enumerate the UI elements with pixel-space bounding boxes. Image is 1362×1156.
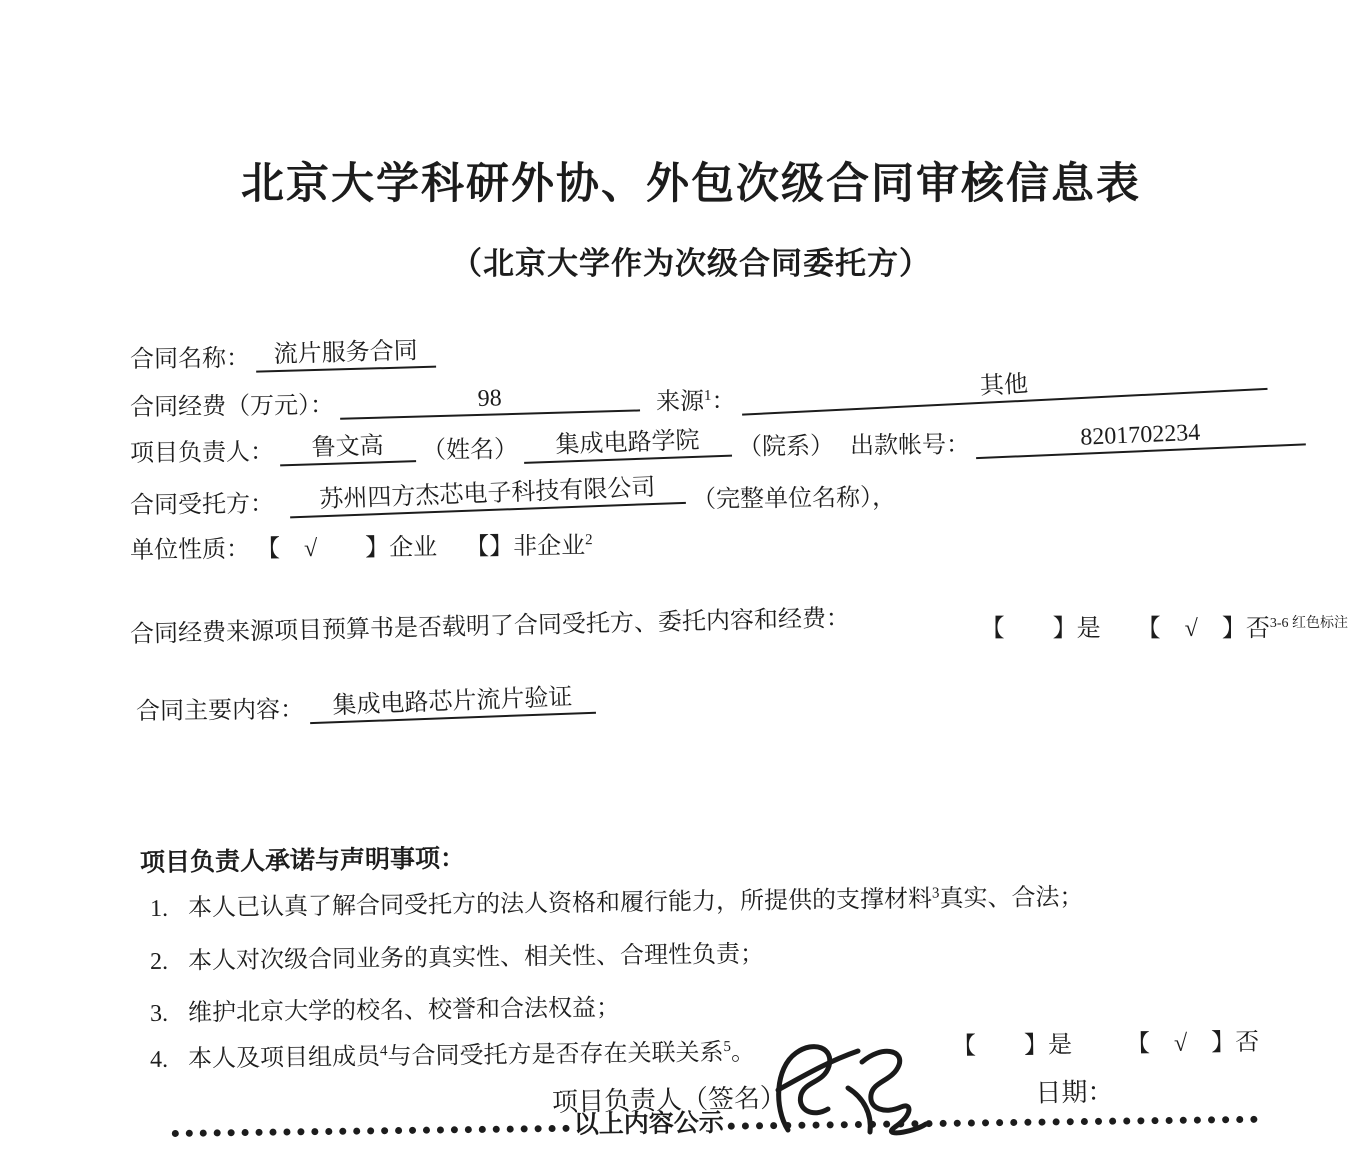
trustee-hint: （完整单位名称）， <box>692 485 896 513</box>
non-enterprise-footnote-sup: 2 <box>585 532 593 548</box>
account-label: 出款帐号： <box>850 432 970 459</box>
item-4-text-tail: 。 <box>731 1040 755 1066</box>
public-notice-divider: 以上内容公示 <box>172 1102 1258 1146</box>
trustee-value: 苏州四方杰芯电子科技有限公司 <box>289 466 686 518</box>
main-content-value: 集成电路芯片流片验证 <box>309 676 596 724</box>
funding-row: 合同经费（万元）： 98 来源1： 其他 <box>130 372 1268 422</box>
org-type-enterprise-checkbox: 【 √ 】企业 <box>256 535 437 563</box>
trustee-row: 合同受托方： 苏州四方杰芯电子科技有限公司 （完整单位名称）， <box>130 474 896 520</box>
item-3-text: 维护北京大学的校名、校誉和合法权益； <box>188 995 620 1026</box>
pi-dept-value: 集成电路学院 <box>523 419 732 464</box>
declaration-item-2: 2.本人对次级合同业务的真实性、相关性、合理性负责； <box>150 934 764 976</box>
page-subtitle: （北京大学作为次级合同委托方） <box>20 238 1362 283</box>
pi-row: 项目负责人： 鲁文高 （姓名） 集成电路学院 （院系） 出款帐号： 820170… <box>130 418 1306 468</box>
source-label: 来源1： <box>656 389 736 416</box>
related-yes-checkbox: 【 】是 <box>952 1032 1072 1060</box>
item-2-text: 本人对次级合同业务的真实性、相关性、合理性负责； <box>188 941 764 974</box>
source-footnote-sup: 1 <box>704 388 712 404</box>
org-type-row: 单位性质： 【 √ 】企业 【】非企业2 <box>130 525 593 565</box>
main-content-row: 合同主要内容： 集成电路芯片流片验证 <box>136 683 596 726</box>
contract-name-value: 流片服务合同 <box>255 330 436 373</box>
org-type-non-enterprise-checkbox: 【】非企业2 <box>465 533 593 560</box>
divider-dots-right <box>728 1116 1258 1130</box>
funding-label: 合同经费（万元）： <box>130 393 334 421</box>
funding-value: 98 <box>339 381 640 419</box>
related-no-checkbox: 【 √ 】否 <box>1126 1030 1260 1058</box>
budget-question-row: 合同经费来源项目预算书是否载明了合同受托方、委托内容和经费： 【 】是 【 √ … <box>130 614 1348 649</box>
divider-dots-left <box>172 1125 570 1137</box>
item-3-number: 3. <box>150 1001 168 1028</box>
declaration-item-4: 4.本人及项目组成员4与合同受托方是否存在关联关系5。 <box>150 1032 755 1074</box>
item-1-number: 1. <box>150 896 168 923</box>
trustee-label: 合同受托方： <box>130 491 274 519</box>
account-value: 8201702234 <box>975 415 1306 459</box>
declaration-header: 项目负责人承诺与声明事项： <box>140 838 465 879</box>
contract-name-row: 合同名称： 流片服务合同 <box>130 333 436 374</box>
budget-yes-checkbox: 【 】是 <box>981 616 1101 642</box>
pi-name-value: 鲁文高 <box>279 424 416 466</box>
main-content-label: 合同主要内容： <box>136 697 304 725</box>
item-4-text-mid: 与合同受托方是否存在关联关系 <box>387 1040 723 1070</box>
related-options-row: 【 】是 【 √ 】否 <box>952 1022 1260 1061</box>
budget-footnote-sup: 3-6 红色标注 <box>1270 616 1348 631</box>
contract-name-label: 合同名称： <box>130 346 250 373</box>
item-4-number: 4. <box>150 1047 168 1074</box>
source-value: 其他 <box>740 352 1267 416</box>
item-1-text: 本人已认真了解合同受托方的法人资格和履行能力，所提供的支撑材料 <box>188 886 932 921</box>
budget-question-label: 合同经费来源项目预算书是否载明了合同受托方、委托内容和经费： <box>130 598 851 649</box>
budget-no-checkbox: 【 √ 】否 <box>1137 616 1270 642</box>
divider-label: 以上内容公示 <box>574 1109 724 1141</box>
item-4-text: 本人及项目组成员 <box>188 1044 380 1072</box>
item-1-text-tail: 真实、合法； <box>939 885 1083 913</box>
pi-name-hint: （姓名） <box>422 437 518 464</box>
budget-question-options: 【 】是 【 √ 】否3-6 红色标注 <box>981 608 1348 643</box>
item-2-number: 2. <box>150 949 168 976</box>
page-title: 北京大学科研外协、外包次级合同审核信息表 <box>20 150 1362 211</box>
pi-dept-hint: （院系） <box>738 434 834 461</box>
pi-label: 项目负责人： <box>130 439 274 467</box>
declaration-item-3: 3.维护北京大学的校名、校誉和合法权益； <box>150 987 620 1028</box>
declaration-item-1: 1.本人已认真了解合同受托方的法人资格和履行能力，所提供的支撑材料3真实、合法； <box>150 877 1084 923</box>
org-type-label: 单位性质： <box>130 537 250 564</box>
scanned-form-page: 北京大学科研外协、外包次级合同审核信息表 （北京大学作为次级合同委托方） 合同名… <box>0 0 1362 1156</box>
